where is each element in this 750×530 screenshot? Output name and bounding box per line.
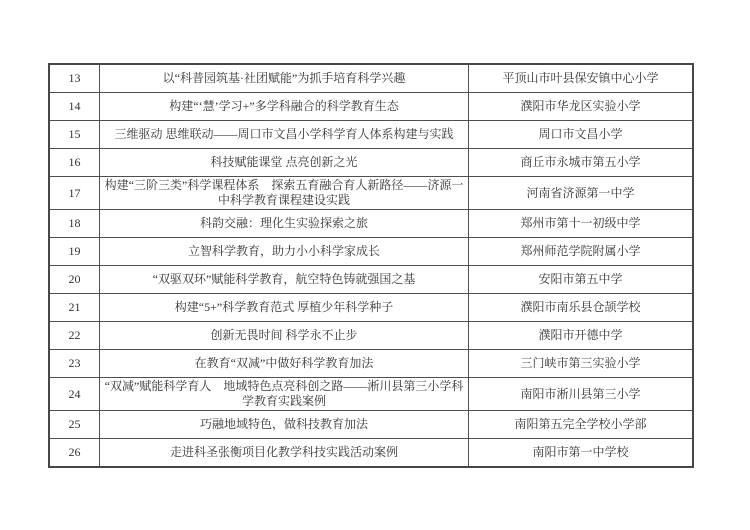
table-row: 13以“科普园筑基·社团赋能”为抓手培育科学兴趣平顶山市叶县保安镇中心小学	[49, 64, 693, 93]
row-number-cell: 18	[49, 210, 100, 238]
school-name-cell: 安阳市第五中学	[469, 266, 694, 294]
case-title-cell: 在教育“双减”中做好科学教育加法	[100, 350, 469, 378]
case-title-cell: “双减”赋能科学育人 地域特色点亮科创之路——淅川县第三小学科学教育实践案例	[100, 378, 469, 411]
case-title-cell: 构建“‘慧’学习+”多学科融合的科学教育生态	[100, 93, 469, 121]
school-name-cell: 南阳市淅川县第三小学	[469, 378, 694, 411]
row-number-cell: 24	[49, 378, 100, 411]
award-table: 13以“科普园筑基·社团赋能”为抓手培育科学兴趣平顶山市叶县保安镇中心小学14构…	[48, 63, 694, 468]
table-row: 14构建“‘慧’学习+”多学科融合的科学教育生态濮阳市华龙区实验小学	[49, 93, 693, 121]
row-number-cell: 23	[49, 350, 100, 378]
table-row: 20“双驱双环”赋能科学教育，航空特色铸就强国之基安阳市第五中学	[49, 266, 693, 294]
row-number-cell: 21	[49, 294, 100, 322]
case-title-cell: 立智科学教育，助力小小科学家成长	[100, 238, 469, 266]
row-number-cell: 20	[49, 266, 100, 294]
case-title-cell: 三维驱动 思维联动——周口市文昌小学科学育人体系构建与实践	[100, 121, 469, 149]
school-name-cell: 南阳第五完全学校小学部	[469, 411, 694, 439]
row-number-cell: 19	[49, 238, 100, 266]
case-title-cell: 科技赋能课堂 点亮创新之光	[100, 149, 469, 177]
case-title-cell: 科韵交融：理化生实验探索之旅	[100, 210, 469, 238]
school-name-cell: 郑州市第十一初级中学	[469, 210, 694, 238]
table-row: 19立智科学教育，助力小小科学家成长郑州师范学院附属小学	[49, 238, 693, 266]
school-name-cell: 商丘市永城市第五小学	[469, 149, 694, 177]
case-title-cell: “双驱双环”赋能科学教育，航空特色铸就强国之基	[100, 266, 469, 294]
case-title-cell: 巧融地域特色，做科技教育加法	[100, 411, 469, 439]
school-name-cell: 濮阳市开德中学	[469, 322, 694, 350]
row-number-cell: 14	[49, 93, 100, 121]
table-row: 23在教育“双减”中做好科学教育加法三门峡市第三实验小学	[49, 350, 693, 378]
table-row: 22创新无畏时间 科学永不止步濮阳市开德中学	[49, 322, 693, 350]
table-row: 26走进科圣张衡项目化教学科技实践活动案例南阳市第一中学校	[49, 439, 693, 468]
table-row: 18科韵交融：理化生实验探索之旅郑州市第十一初级中学	[49, 210, 693, 238]
row-number-cell: 25	[49, 411, 100, 439]
school-name-cell: 平顶山市叶县保安镇中心小学	[469, 64, 694, 93]
school-name-cell: 南阳市第一中学校	[469, 439, 694, 468]
school-name-cell: 周口市文昌小学	[469, 121, 694, 149]
row-number-cell: 13	[49, 64, 100, 93]
document-page: 13以“科普园筑基·社团赋能”为抓手培育科学兴趣平顶山市叶县保安镇中心小学14构…	[0, 0, 750, 530]
case-title-cell: 构建“三阶三类”科学课程体系 探索五育融合育人新路径——济源一中科学教育课程建设…	[100, 177, 469, 210]
table-row: 15三维驱动 思维联动——周口市文昌小学科学育人体系构建与实践周口市文昌小学	[49, 121, 693, 149]
table-row: 16科技赋能课堂 点亮创新之光商丘市永城市第五小学	[49, 149, 693, 177]
table-row: 24“双减”赋能科学育人 地域特色点亮科创之路——淅川县第三小学科学教育实践案例…	[49, 378, 693, 411]
award-table-body: 13以“科普园筑基·社团赋能”为抓手培育科学兴趣平顶山市叶县保安镇中心小学14构…	[49, 64, 693, 467]
school-name-cell: 河南省济源第一中学	[469, 177, 694, 210]
school-name-cell: 三门峡市第三实验小学	[469, 350, 694, 378]
row-number-cell: 15	[49, 121, 100, 149]
case-title-cell: 创新无畏时间 科学永不止步	[100, 322, 469, 350]
school-name-cell: 濮阳市华龙区实验小学	[469, 93, 694, 121]
case-title-cell: 构建“5+”科学教育范式 厚植少年科学种子	[100, 294, 469, 322]
school-name-cell: 郑州师范学院附属小学	[469, 238, 694, 266]
table-row: 21构建“5+”科学教育范式 厚植少年科学种子濮阳市南乐县仓颉学校	[49, 294, 693, 322]
row-number-cell: 16	[49, 149, 100, 177]
row-number-cell: 22	[49, 322, 100, 350]
case-title-cell: 以“科普园筑基·社团赋能”为抓手培育科学兴趣	[100, 64, 469, 93]
row-number-cell: 26	[49, 439, 100, 468]
table-row: 25巧融地域特色，做科技教育加法南阳第五完全学校小学部	[49, 411, 693, 439]
row-number-cell: 17	[49, 177, 100, 210]
table-row: 17构建“三阶三类”科学课程体系 探索五育融合育人新路径——济源一中科学教育课程…	[49, 177, 693, 210]
school-name-cell: 濮阳市南乐县仓颉学校	[469, 294, 694, 322]
case-title-cell: 走进科圣张衡项目化教学科技实践活动案例	[100, 439, 469, 468]
